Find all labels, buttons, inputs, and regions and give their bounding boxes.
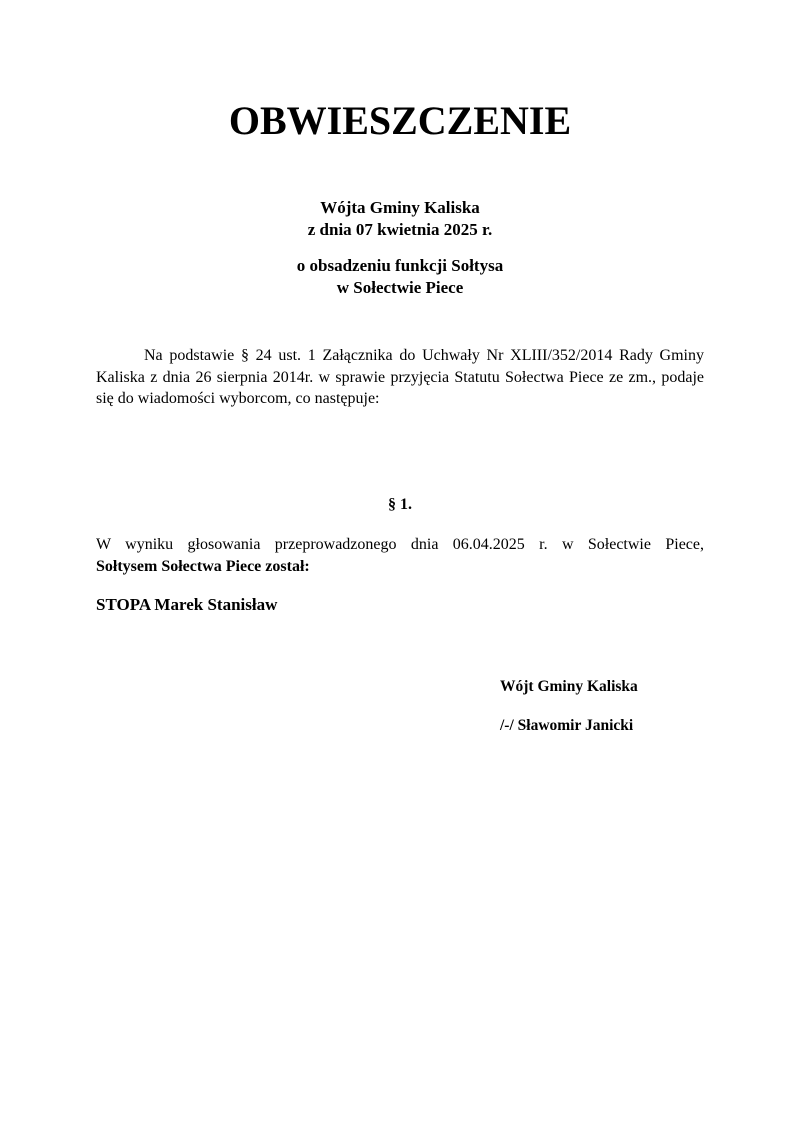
voting-result-text: W wyniku głosowania przeprowadzonego dni… <box>96 534 704 556</box>
elected-label: Sołtysem Sołectwa Piece został: <box>96 556 704 578</box>
document-title: OBWIESZCZENIE <box>0 96 800 146</box>
intro-paragraph: Na podstawie § 24 ust. 1 Załącznika do U… <box>96 345 704 410</box>
document-page: OBWIESZCZENIE Wójta Gminy Kaliska z dnia… <box>0 0 800 1131</box>
section-body: W wyniku głosowania przeprowadzonego dni… <box>96 534 704 577</box>
issue-date: z dnia 07 kwietnia 2025 r. <box>0 219 800 241</box>
signature-title: Wójt Gminy Kaliska <box>500 677 638 697</box>
issuer-name: Wójta Gminy Kaliska <box>0 197 800 219</box>
signature-name: /-/ Sławomir Janicki <box>500 716 633 736</box>
section-mark: § 1. <box>0 494 800 516</box>
issuer-block: Wójta Gminy Kaliska z dnia 07 kwietnia 2… <box>0 197 800 241</box>
subject-line-2: w Sołectwie Piece <box>0 277 800 299</box>
subject-line-1: o obsadzeniu funkcji Sołtysa <box>0 255 800 277</box>
subject-block: o obsadzeniu funkcji Sołtysa w Sołectwie… <box>0 255 800 299</box>
elected-name: STOPA Marek Stanisław <box>96 594 277 616</box>
